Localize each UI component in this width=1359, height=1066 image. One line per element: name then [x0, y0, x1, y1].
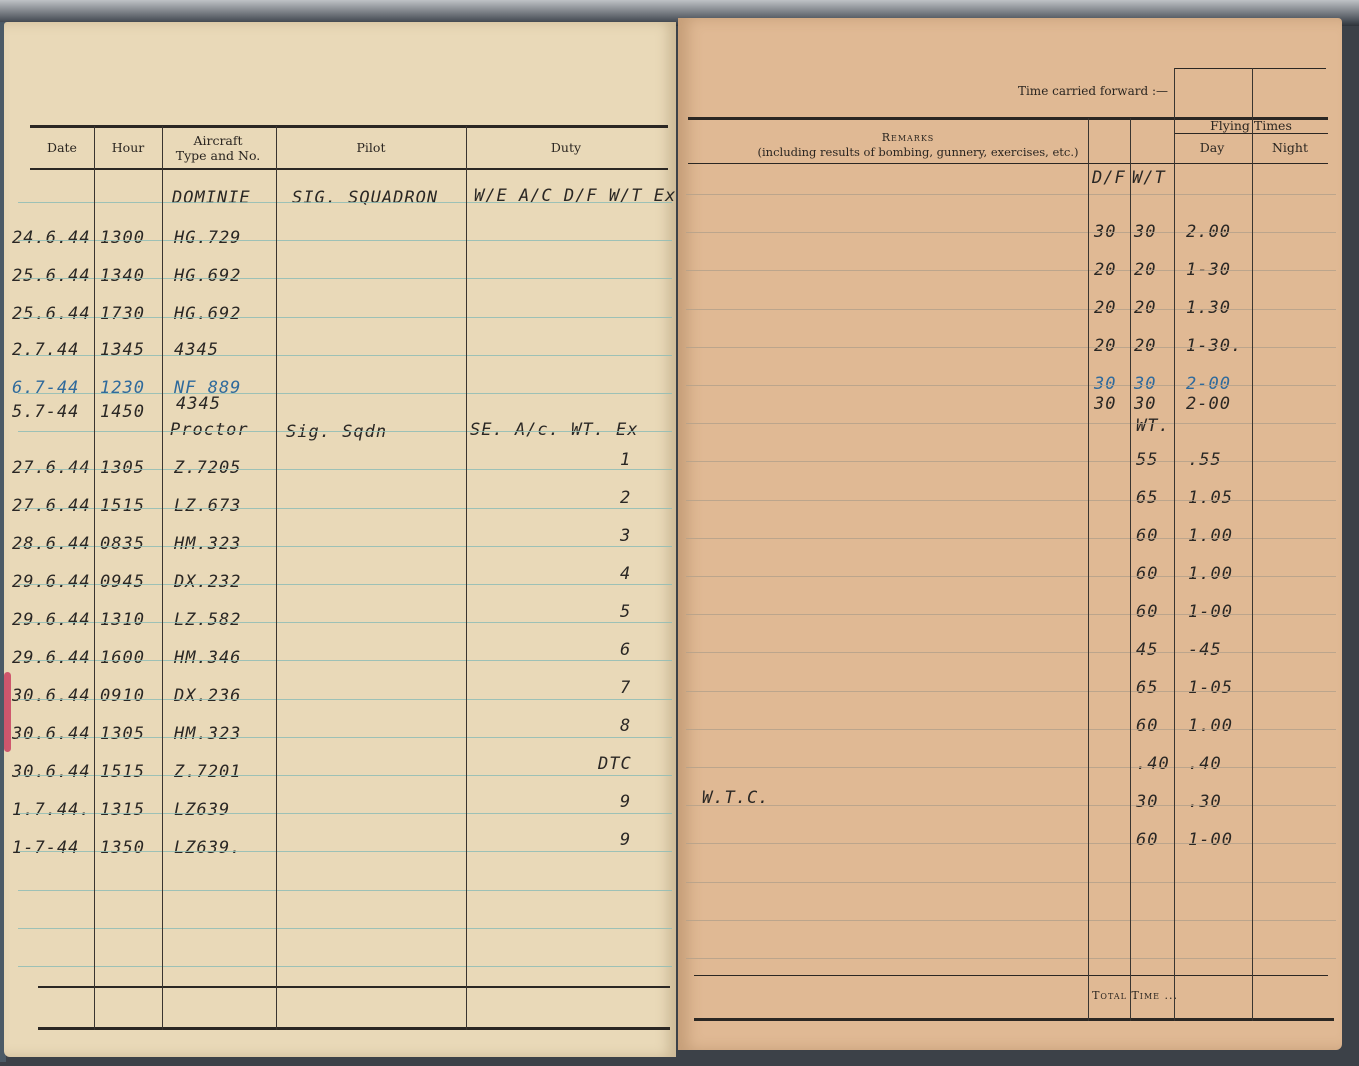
entry-aircraft: HM.346: [174, 648, 241, 668]
day-flying-time: 1.00: [1188, 716, 1233, 736]
entry-aircraft: LZ639: [174, 800, 230, 820]
entry-aircraft: Z.7205: [174, 458, 241, 478]
ruled-line: [686, 652, 1336, 653]
col-header-aircraft: Aircraft Type and No.: [162, 133, 274, 163]
night-header: Night: [1252, 140, 1328, 155]
column-divider: [1252, 68, 1253, 1021]
column-divider: [276, 126, 277, 1030]
entry-hour: 1515: [100, 496, 145, 516]
ruled-line: [686, 691, 1336, 692]
wt-minutes: 65: [1136, 488, 1158, 508]
wt-minutes: 30: [1136, 792, 1158, 812]
column-divider: [94, 126, 95, 1030]
wt-subheader: W/T: [1132, 168, 1166, 188]
entry-duty: 6: [620, 640, 631, 660]
ruled-line: [18, 546, 672, 547]
header-top-rule: [30, 125, 668, 128]
ruled-line: [686, 958, 1336, 959]
wt-minutes: 30: [1134, 374, 1156, 394]
flying-times-divider: [1174, 133, 1328, 134]
entry-aircraft: HG.729: [174, 228, 241, 248]
ruled-line: [686, 194, 1336, 195]
entry-aircraft: HG.692: [174, 266, 241, 286]
wt-minutes: .40: [1136, 754, 1170, 774]
day-flying-time: 1.00: [1188, 564, 1233, 584]
day-flying-time: 1-00: [1188, 830, 1233, 850]
ruled-line: [686, 347, 1336, 348]
ruled-line: [686, 767, 1336, 768]
entry-date: 24.6.44: [12, 228, 91, 248]
ruled-line: [18, 469, 672, 470]
entry-hour: 1350: [100, 838, 145, 858]
entry-duty: 1: [620, 450, 631, 470]
entry-hour: 1310: [100, 610, 145, 630]
day-flying-time: .40: [1188, 754, 1222, 774]
day-flying-time: 1-30.: [1186, 336, 1242, 356]
day-flying-time: 1-05: [1188, 678, 1233, 698]
entry-date: 1-7-44: [12, 838, 79, 858]
entry-hour: 0835: [100, 534, 145, 554]
df-minutes: 20: [1094, 298, 1116, 318]
entry-date: 30.6.44: [12, 724, 91, 744]
wt-minutes: 45: [1136, 640, 1158, 660]
column-divider: [466, 126, 467, 1030]
entry-hour: 1300: [100, 228, 145, 248]
ruled-line: [18, 928, 672, 929]
day-flying-time: 1.05: [1188, 488, 1233, 508]
entry-date: 29.6.44: [12, 610, 91, 630]
ruled-line: [686, 843, 1336, 844]
entry-date: 27.6.44: [12, 458, 91, 478]
right-page: Time carried forward :— Remarks (includi…: [678, 18, 1342, 1050]
entry-aircraft: 4345: [174, 340, 219, 360]
entry-aircraft: DX.232: [174, 572, 241, 592]
entry-hour: 1305: [100, 724, 145, 744]
ruled-line: [18, 393, 672, 394]
carried-forward-box-top: [1174, 68, 1326, 69]
day-flying-time: -45: [1188, 640, 1222, 660]
entry-hour: 1340: [100, 266, 145, 286]
entry-hour: 1515: [100, 762, 145, 782]
ruled-line: [18, 431, 672, 432]
entry-aircraft: LZ.673: [174, 496, 241, 516]
entry-aircraft: 4345: [176, 394, 221, 414]
duty-heading-2: SE. A/c. WT. Ex: [470, 420, 639, 440]
entry-hour: 0910: [100, 686, 145, 706]
ruled-line: [686, 309, 1336, 310]
wt-minutes: 60: [1136, 716, 1158, 736]
entry-aircraft: Z.7201: [174, 762, 241, 782]
wt-minutes: 60: [1136, 564, 1158, 584]
ruled-line: [18, 278, 672, 279]
ruled-line: [686, 270, 1336, 271]
entry-duty: 7: [620, 678, 631, 698]
entry-date: 29.6.44: [12, 572, 91, 592]
entry-date: 1.7.44.: [12, 800, 91, 820]
entry-duty: 4: [620, 564, 631, 584]
entry-date: 30.6.44: [12, 762, 91, 782]
ruled-line: [18, 890, 672, 891]
ruled-line: [686, 882, 1336, 883]
footer-top-rule: [38, 986, 670, 988]
wt-minutes: 60: [1136, 602, 1158, 622]
column-divider: [1088, 118, 1089, 1021]
entry-duty: 2: [620, 488, 631, 508]
df-subheader: D/F: [1092, 168, 1126, 188]
column-divider: [1174, 68, 1175, 1021]
duty-heading: W/E A/C D/F W/T Ex: [474, 186, 676, 206]
entry-duty: 8: [620, 716, 631, 736]
ruled-line: [18, 202, 672, 203]
day-flying-time: 2-00: [1186, 394, 1231, 414]
wt-minutes: 60: [1136, 830, 1158, 850]
wt-label: WT.: [1136, 416, 1170, 436]
entry-date: 28.6.44: [12, 534, 91, 554]
entry-hour: 1345: [100, 340, 145, 360]
ruled-line: [686, 576, 1336, 577]
total-time-label: Total Time ...: [1018, 988, 1178, 1003]
entry-hour: 1305: [100, 458, 145, 478]
wt-minutes: 55: [1136, 450, 1158, 470]
entry-date: 25.6.44: [12, 266, 91, 286]
ruled-line: [686, 920, 1336, 921]
aircraft-type-heading: DOMINIE: [172, 188, 251, 208]
ruled-line: [18, 660, 672, 661]
time-carried-forward-label: Time carried forward :—: [958, 84, 1168, 99]
entry-hour: 1730: [100, 304, 145, 324]
entry-hour: 1315: [100, 800, 145, 820]
entry-duty: 9: [620, 830, 631, 850]
ruled-line: [18, 813, 672, 814]
df-minutes: 30: [1094, 374, 1116, 394]
ruled-line: [686, 614, 1336, 615]
wt-minutes: 20: [1134, 336, 1156, 356]
pilot-heading-2: Sig. Sqdn: [286, 422, 387, 442]
entry-aircraft: HM.323: [174, 724, 241, 744]
entry-hour: 0945: [100, 572, 145, 592]
entry-date: 5.7-44: [12, 402, 79, 422]
ruled-line: [18, 508, 672, 509]
entry-aircraft: LZ.582: [174, 610, 241, 630]
column-divider: [162, 126, 163, 1030]
day-flying-time: 1.30: [1186, 298, 1231, 318]
ruled-line: [18, 775, 672, 776]
df-minutes: 20: [1094, 336, 1116, 356]
ruled-line: [686, 538, 1336, 539]
day-header: Day: [1174, 140, 1250, 155]
col-header-duty: Duty: [466, 140, 666, 155]
entry-date: 2.7.44: [12, 340, 79, 360]
entry-hour: 1600: [100, 648, 145, 668]
day-flying-time: 1.00: [1188, 526, 1233, 546]
ruled-line: [18, 622, 672, 623]
entry-date: 27.6.44: [12, 496, 91, 516]
left-page: Date Hour Aircraft Type and No. Pilot Du…: [4, 22, 676, 1057]
day-flying-time: 1-00: [1188, 602, 1233, 622]
footer-bottom-rule: [694, 1018, 1334, 1021]
ruled-line: [18, 966, 672, 967]
entry-aircraft: HM.323: [174, 534, 241, 554]
ruled-line: [686, 500, 1336, 501]
ruled-line: [686, 729, 1336, 730]
ruled-line: [18, 737, 672, 738]
ruled-line: [18, 240, 672, 241]
df-minutes: 30: [1094, 394, 1116, 414]
ink-stain: [4, 672, 11, 752]
col-header-pilot: Pilot: [276, 140, 466, 155]
entry-duty: 9: [620, 792, 631, 812]
pilot-heading: SIG. SQUADRON: [292, 188, 438, 208]
remarks-title: Remarks: [718, 130, 1098, 145]
ruled-line: [18, 584, 672, 585]
header-bottom-rule: [688, 163, 1328, 164]
entry-date: 25.6.44: [12, 304, 91, 324]
column-divider: [1130, 118, 1131, 1021]
ruled-line: [686, 385, 1336, 386]
day-flying-time: .30: [1188, 792, 1222, 812]
header-bottom-rule: [30, 168, 668, 170]
entry-aircraft: LZ639.: [174, 838, 241, 858]
entry-duty: 3: [620, 526, 631, 546]
entry-aircraft: DX.236: [174, 686, 241, 706]
ruled-line: [686, 805, 1336, 806]
aircraft-type-heading-2: Proctor: [170, 420, 249, 440]
ruled-line: [18, 851, 672, 852]
ruled-line: [18, 317, 672, 318]
entry-duty: DTC: [598, 754, 632, 774]
ruled-line: [18, 355, 672, 356]
wt-minutes: 65: [1136, 678, 1158, 698]
ruled-line: [686, 423, 1336, 424]
ruled-line: [18, 699, 672, 700]
col-header-date: Date: [30, 140, 94, 155]
remarks-subtitle: (including results of bombing, gunnery, …: [708, 145, 1128, 160]
wt-minutes: 20: [1134, 298, 1156, 318]
col-header-hour: Hour: [94, 140, 162, 155]
wt-minutes: 60: [1136, 526, 1158, 546]
ruled-line: [686, 232, 1336, 233]
footer-bottom-rule: [38, 1027, 670, 1030]
entry-date: 29.6.44: [12, 648, 91, 668]
day-flying-time: .55: [1188, 450, 1222, 470]
day-flying-time: 2-00: [1186, 374, 1231, 394]
ruled-line: [686, 461, 1336, 462]
entry-date: 30.6.44: [12, 686, 91, 706]
wt-minutes: 30: [1134, 394, 1156, 414]
entry-hour: 1230: [100, 378, 145, 398]
entry-aircraft: HG.692: [174, 304, 241, 324]
footer-top-rule: [694, 975, 1328, 976]
entry-hour: 1450: [100, 402, 145, 422]
flying-times-header: Flying Times: [1174, 118, 1328, 133]
entry-duty: 5: [620, 602, 631, 622]
entry-date: 6.7-44: [12, 378, 79, 398]
